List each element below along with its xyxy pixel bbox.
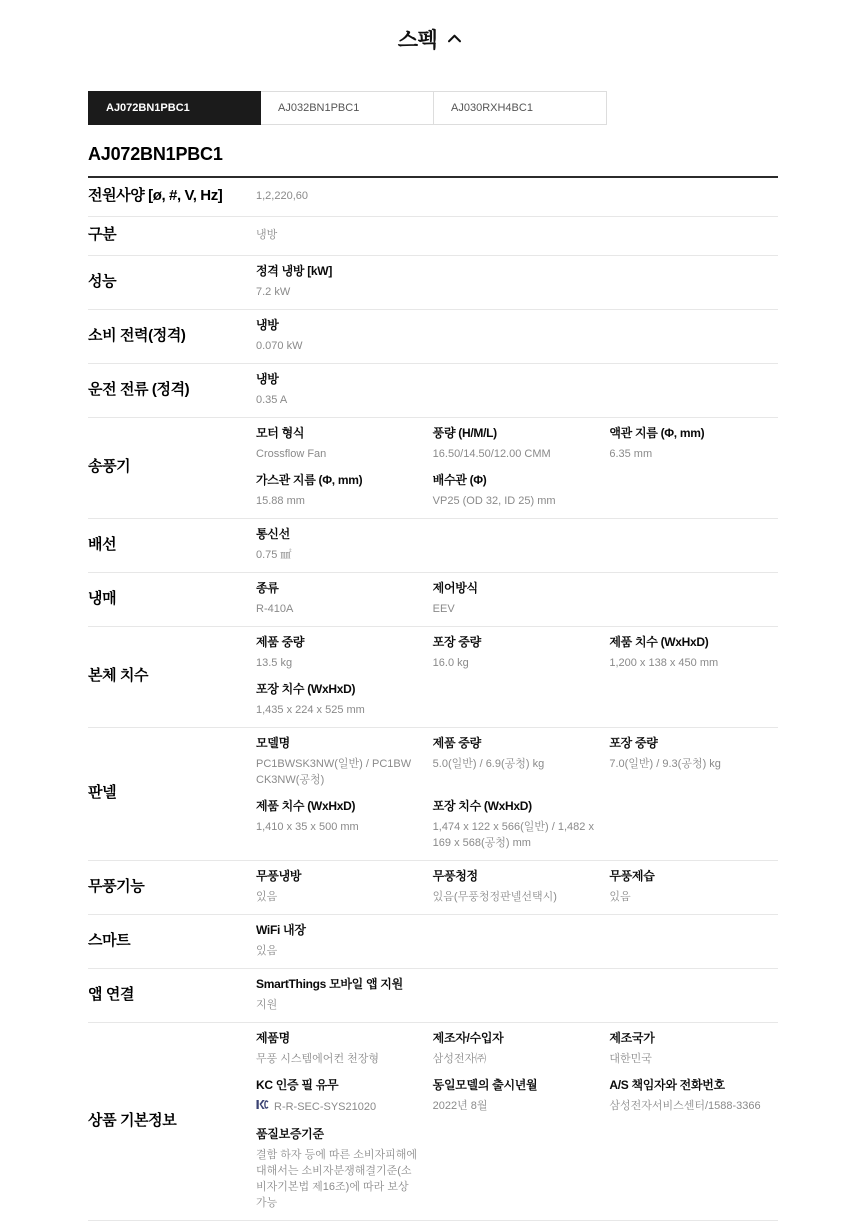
spec-row-items: 제품 중량 13.5 kg 포장 중량 16.0 kg 제품 치수 (WxHxD… — [256, 634, 778, 718]
spec-row-label: 판넬 — [88, 782, 256, 804]
spec-item-value: 냉방 — [256, 227, 419, 243]
spec-item-value: 있음 — [256, 943, 419, 959]
spec-item: KC 인증 필 유무 R-R-SEC-SYS21020 — [256, 1077, 425, 1116]
spec-item: 액관 지름 (Φ, mm) 6.35 mm — [609, 425, 778, 462]
spec-row-label: 무풍기능 — [88, 876, 256, 898]
spec-item: 무풍제습 있음 — [609, 868, 778, 905]
spec-item: 포장 중량 7.0(일반) / 9.3(공청) kg — [609, 735, 778, 772]
spec-item-value: 있음 — [609, 889, 772, 905]
spec-row: 본체 치수 제품 중량 13.5 kg 포장 중량 16.0 kg 제품 치수 … — [88, 627, 778, 728]
spec-row: 송풍기 모터 형식 Crossflow Fan 풍량 (H/M/L) 16.50… — [88, 418, 778, 519]
spec-item: 냉방 0.35 A — [256, 371, 425, 408]
spec-item: SmartThings 모바일 앱 지원 지원 — [256, 976, 425, 1013]
spec-row-label: 전원사양 [ø, #, V, Hz] — [88, 185, 256, 207]
spec-item-value: 있음(무풍청정판넬선택시) — [433, 889, 596, 905]
spec-item: 모터 형식 Crossflow Fan — [256, 425, 425, 462]
spec-row-label: 냉매 — [88, 588, 256, 610]
spec-item: 동일모델의 출시년월 2022년 8월 — [433, 1077, 602, 1114]
spec-item-value: 7.2 kW — [256, 284, 419, 300]
spec-item-value: 삼성전자서비스센터/1588-3366 — [609, 1098, 772, 1114]
spec-item: 포장 중량 16.0 kg — [433, 634, 602, 671]
spec-item-name: 무풍냉방 — [256, 868, 419, 884]
spec-row: 앱 연결 SmartThings 모바일 앱 지원 지원 — [88, 969, 778, 1023]
spec-item: 종류 R-410A — [256, 580, 425, 617]
spec-item-name: 냉방 — [256, 317, 419, 333]
spec-item-name: 종류 — [256, 580, 419, 596]
spec-row-label: 송풍기 — [88, 456, 256, 478]
spec-row: 전원사양 [ø, #, V, Hz] 1,2,220,60 — [88, 178, 778, 217]
spec-item-value: 결함 하자 등에 따른 소비자피해에 대해서는 소비자분쟁해결기준(소비자기본법… — [256, 1147, 419, 1211]
spec-row: 무풍기능 무풍냉방 있음 무풍청정 있음(무풍청정판넬선택시) 무풍제습 있음 — [88, 861, 778, 915]
spec-row: 성능 정격 냉방 [kW] 7.2 kW — [88, 256, 778, 310]
spec-item-value: Crossflow Fan — [256, 446, 419, 462]
spec-item-name: 제품 중량 — [256, 634, 419, 650]
spec-item: 무풍청정 있음(무풍청정판넬선택시) — [433, 868, 602, 905]
spec-item-value: 15.88 mm — [256, 493, 419, 509]
spec-row-label: 스마트 — [88, 930, 256, 952]
spec-row-items: 모터 형식 Crossflow Fan 풍량 (H/M/L) 16.50/14.… — [256, 425, 778, 509]
spec-row-items: 냉방 0.35 A — [256, 371, 778, 408]
spec-item-name: 제조자/수입자 — [433, 1030, 596, 1046]
spec-item-name: 통신선 — [256, 526, 419, 542]
chevron-up-icon — [447, 31, 462, 49]
spec-row-items: 1,2,220,60 — [256, 188, 778, 204]
spec-item-value: 있음 — [256, 889, 419, 905]
spec-row-items: 정격 냉방 [kW] 7.2 kW — [256, 263, 778, 300]
spec-item: 포장 치수 (WxHxD) 1,474 x 122 x 566(일반) / 1,… — [433, 798, 602, 851]
spec-item-name: KC 인증 필 유무 — [256, 1077, 419, 1093]
spec-item-value-text: R-R-SEC-SYS21020 — [274, 1099, 376, 1115]
spec-item-value: 1,2,220,60 — [256, 188, 419, 204]
tab-aj032bn1pbc1[interactable]: AJ032BN1PBC1 — [261, 91, 434, 125]
section-title: 스펙 — [398, 24, 438, 54]
spec-item-value: R-410A — [256, 601, 419, 617]
spec-item-value: 1,200 x 138 x 450 mm — [609, 655, 772, 671]
spec-row-label: 상품 기본정보 — [88, 1110, 256, 1132]
spec-item: 가스관 지름 (Φ, mm) 15.88 mm — [256, 472, 425, 509]
spec-section-toggle[interactable]: 스펙 — [0, 0, 860, 54]
spec-item-name: 무풍청정 — [433, 868, 596, 884]
spec-item-name: 제품 치수 (WxHxD) — [256, 798, 419, 814]
spec-item: 제품 치수 (WxHxD) 1,200 x 138 x 450 mm — [609, 634, 778, 671]
spec-item-value: EEV — [433, 601, 596, 617]
spec-item-value: 2022년 8월 — [433, 1098, 596, 1114]
spec-item-name: 배수관 (Φ) — [433, 472, 596, 488]
spec-section: AJ072BN1PBC1 AJ032BN1PBC1 AJ030RXH4BC1 A… — [88, 91, 778, 1221]
tab-aj030rxh4bc1[interactable]: AJ030RXH4BC1 — [434, 91, 607, 125]
spec-item-value: VP25 (OD 32, ID 25) mm — [433, 493, 596, 509]
spec-row-items: 통신선 0.75 ㎟ — [256, 526, 778, 563]
spec-item-name: 포장 중량 — [609, 735, 772, 751]
spec-item-value: 16.50/14.50/12.00 CMM — [433, 446, 596, 462]
spec-row: 배선 통신선 0.75 ㎟ — [88, 519, 778, 573]
tab-aj072bn1pbc1[interactable]: AJ072BN1PBC1 — [88, 91, 261, 125]
spec-item-value: 5.0(일반) / 6.9(공청) kg — [433, 756, 596, 772]
spec-row-items: 냉방 0.070 kW — [256, 317, 778, 354]
spec-item-name: 냉방 — [256, 371, 419, 387]
spec-row-label: 본체 치수 — [88, 665, 256, 687]
spec-item-name: 모터 형식 — [256, 425, 419, 441]
spec-item-name: 가스관 지름 (Φ, mm) — [256, 472, 419, 488]
kc-certification-icon — [256, 1098, 269, 1116]
spec-item-name: 제품 치수 (WxHxD) — [609, 634, 772, 650]
spec-item-value: 0.35 A — [256, 392, 419, 408]
spec-row: 냉매 종류 R-410A 제어방식 EEV — [88, 573, 778, 627]
spec-item-value: 1,435 x 224 x 525 mm — [256, 702, 419, 718]
spec-item: 풍량 (H/M/L) 16.50/14.50/12.00 CMM — [433, 425, 602, 462]
spec-item: 제품 치수 (WxHxD) 1,410 x 35 x 500 mm — [256, 798, 425, 835]
spec-item: 배수관 (Φ) VP25 (OD 32, ID 25) mm — [433, 472, 602, 509]
spec-item: 제조국가 대한민국 — [609, 1030, 778, 1067]
spec-row: 판넬 모델명 PC1BWSK3NW(일반) / PC1BWCK3NW(공청) 제… — [88, 728, 778, 861]
spec-row: 운전 전류 (정격) 냉방 0.35 A — [88, 364, 778, 418]
spec-item: 제조자/수입자 삼성전자㈜ — [433, 1030, 602, 1067]
spec-row-label: 구분 — [88, 224, 256, 246]
spec-item: 제어방식 EEV — [433, 580, 602, 617]
spec-item-name: 동일모델의 출시년월 — [433, 1077, 596, 1093]
spec-item: 제품 중량 13.5 kg — [256, 634, 425, 671]
spec-item-value: 7.0(일반) / 9.3(공청) kg — [609, 756, 772, 772]
spec-row-items: SmartThings 모바일 앱 지원 지원 — [256, 976, 778, 1013]
spec-row-label: 소비 전력(정격) — [88, 325, 256, 347]
spec-item-value: 지원 — [256, 997, 419, 1013]
spec-row: 소비 전력(정격) 냉방 0.070 kW — [88, 310, 778, 364]
spec-item-name: SmartThings 모바일 앱 지원 — [256, 976, 419, 992]
spec-item-value: 삼성전자㈜ — [433, 1051, 596, 1067]
spec-row-label: 배선 — [88, 534, 256, 556]
model-tabs: AJ072BN1PBC1 AJ032BN1PBC1 AJ030RXH4BC1 — [88, 91, 778, 125]
spec-item: 통신선 0.75 ㎟ — [256, 526, 425, 563]
spec-row-items: 종류 R-410A 제어방식 EEV — [256, 580, 778, 617]
spec-row-items: 냉방 — [256, 227, 778, 243]
spec-item-name: 제품 중량 — [433, 735, 596, 751]
spec-item-value: 13.5 kg — [256, 655, 419, 671]
spec-item: 1,2,220,60 — [256, 188, 425, 204]
spec-item-name: 제어방식 — [433, 580, 596, 596]
spec-item-name: WiFi 내장 — [256, 922, 419, 938]
spec-item: A/S 책임자와 전화번호 삼성전자서비스센터/1588-3366 — [609, 1077, 778, 1114]
spec-item-value: 0.75 ㎟ — [256, 547, 419, 563]
spec-item-name: 제품명 — [256, 1030, 419, 1046]
spec-item-name: 포장 치수 (WxHxD) — [256, 681, 419, 697]
spec-item-name: 풍량 (H/M/L) — [433, 425, 596, 441]
spec-item: WiFi 내장 있음 — [256, 922, 425, 959]
spec-item: 품질보증기준 결함 하자 등에 따른 소비자피해에 대해서는 소비자분쟁해결기준… — [256, 1126, 425, 1211]
spec-item-value: 무풍 시스템에어컨 천장형 — [256, 1051, 419, 1067]
spec-row-label: 앱 연결 — [88, 984, 256, 1006]
spec-item-name: 포장 중량 — [433, 634, 596, 650]
spec-item: 무풍냉방 있음 — [256, 868, 425, 905]
spec-item-name: A/S 책임자와 전화번호 — [609, 1077, 772, 1093]
spec-item: 냉방 0.070 kW — [256, 317, 425, 354]
spec-row-label: 성능 — [88, 271, 256, 293]
spec-item: 포장 치수 (WxHxD) 1,435 x 224 x 525 mm — [256, 681, 425, 718]
spec-row-label: 운전 전류 (정격) — [88, 379, 256, 401]
model-heading: AJ072BN1PBC1 — [88, 144, 778, 178]
spec-item-value: 6.35 mm — [609, 446, 772, 462]
spec-item-value: 대한민국 — [609, 1051, 772, 1067]
spec-item-name: 포장 치수 (WxHxD) — [433, 798, 596, 814]
spec-item-value: PC1BWSK3NW(일반) / PC1BWCK3NW(공청) — [256, 756, 419, 788]
spec-item: 냉방 — [256, 227, 425, 243]
spec-item-value: 1,474 x 122 x 566(일반) / 1,482 x 169 x 56… — [433, 819, 596, 851]
spec-item-name: 모델명 — [256, 735, 419, 751]
spec-item: 모델명 PC1BWSK3NW(일반) / PC1BWCK3NW(공청) — [256, 735, 425, 788]
spec-row-items: WiFi 내장 있음 — [256, 922, 778, 959]
spec-item-value: 16.0 kg — [433, 655, 596, 671]
spec-item-name: 무풍제습 — [609, 868, 772, 884]
spec-item-name: 품질보증기준 — [256, 1126, 419, 1142]
spec-item-value: 1,410 x 35 x 500 mm — [256, 819, 419, 835]
spec-item: 제품 중량 5.0(일반) / 6.9(공청) kg — [433, 735, 602, 772]
spec-row: 스마트 WiFi 내장 있음 — [88, 915, 778, 969]
spec-table: 전원사양 [ø, #, V, Hz] 1,2,220,60 구분 냉방 성능 정… — [88, 178, 778, 1221]
spec-row: 상품 기본정보 제품명 무풍 시스템에어컨 천장형 제조자/수입자 삼성전자㈜ … — [88, 1023, 778, 1221]
spec-item-name: 액관 지름 (Φ, mm) — [609, 425, 772, 441]
spec-item-name: 제조국가 — [609, 1030, 772, 1046]
spec-row-items: 모델명 PC1BWSK3NW(일반) / PC1BWCK3NW(공청) 제품 중… — [256, 735, 778, 851]
spec-item-name: 정격 냉방 [kW] — [256, 263, 419, 279]
spec-item: 제품명 무풍 시스템에어컨 천장형 — [256, 1030, 425, 1067]
spec-item-value: 0.070 kW — [256, 338, 419, 354]
spec-item: 정격 냉방 [kW] 7.2 kW — [256, 263, 425, 300]
spec-row-items: 제품명 무풍 시스템에어컨 천장형 제조자/수입자 삼성전자㈜ 제조국가 대한민… — [256, 1030, 778, 1211]
spec-row-items: 무풍냉방 있음 무풍청정 있음(무풍청정판넬선택시) 무풍제습 있음 — [256, 868, 778, 905]
spec-item-value: R-R-SEC-SYS21020 — [256, 1098, 419, 1116]
spec-row: 구분 냉방 — [88, 217, 778, 256]
